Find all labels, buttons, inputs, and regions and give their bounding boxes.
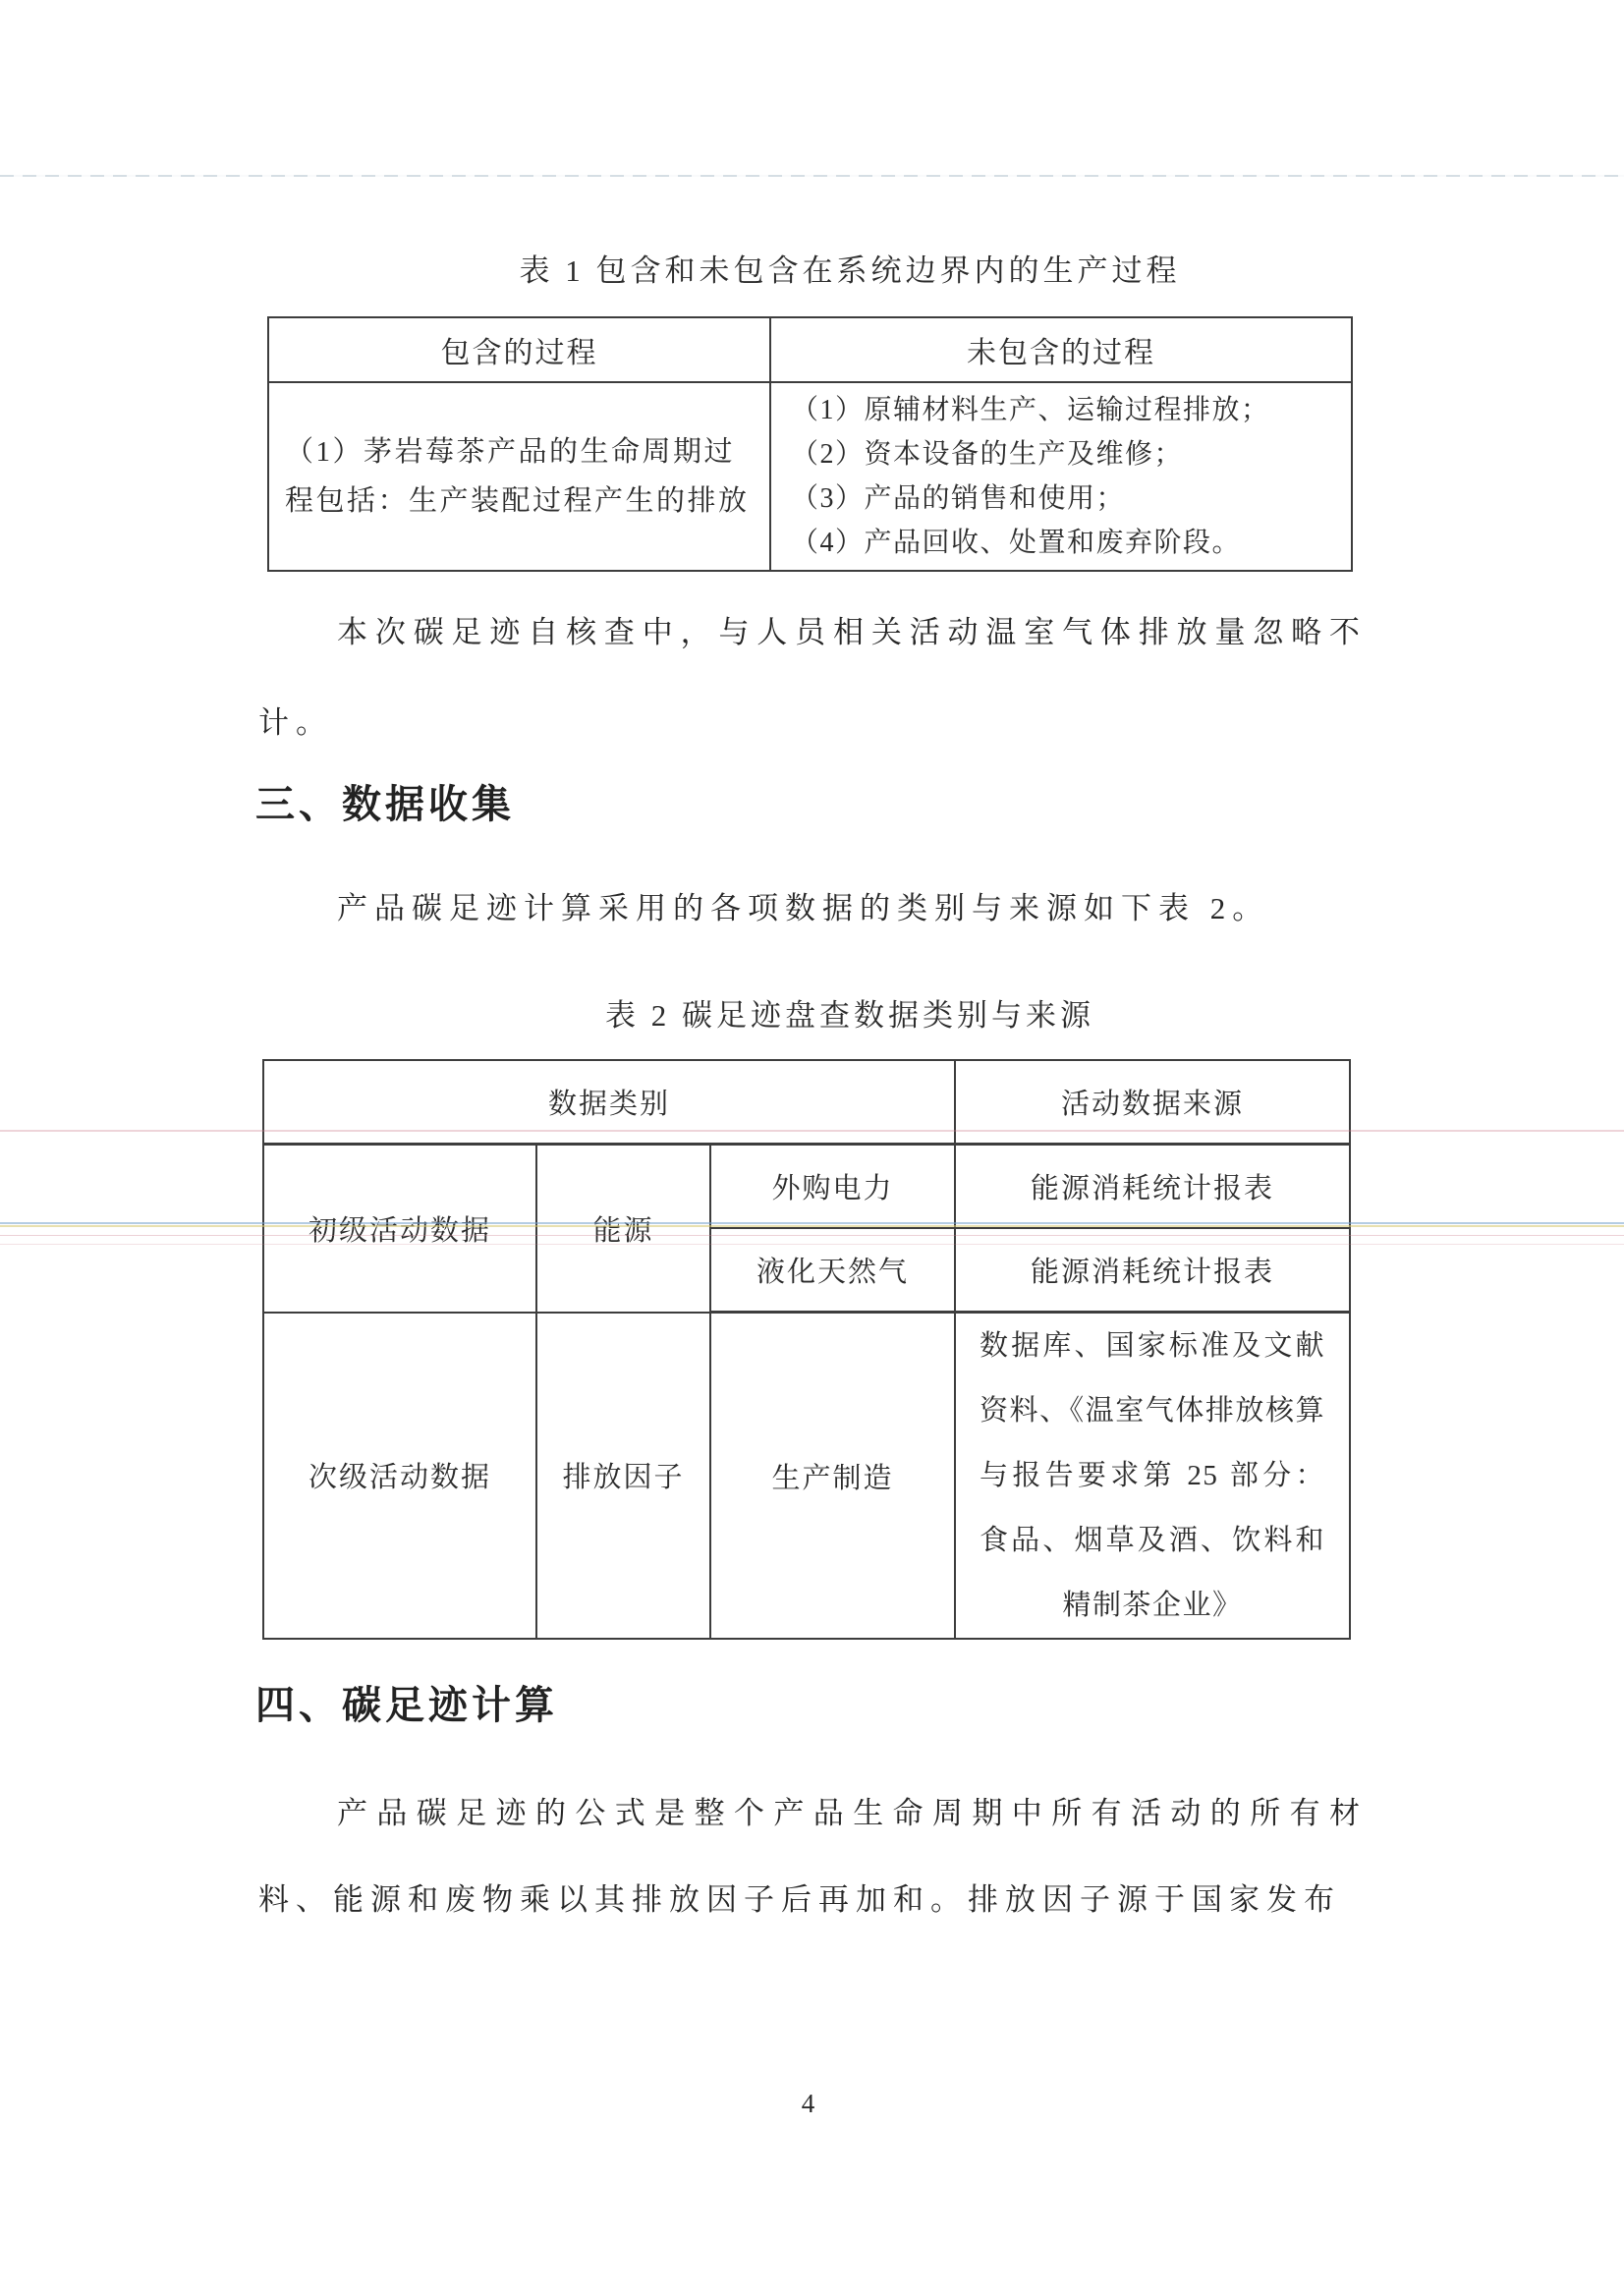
table2-cell-manufacturing: 生产制造 [710, 1313, 955, 1640]
scan-artifact-line-top [0, 175, 1624, 177]
table2-header-source: 活动数据来源 [955, 1060, 1350, 1145]
table1-cell-excluded: （1）原辅材料生产、运输过程排放； （2）资本设备的生产及维修； （3）产品的销… [770, 382, 1352, 571]
section3-intro-paragraph: 产品碳足迹计算采用的各项数据的类别与来源如下表 2。 [258, 864, 1367, 954]
table2-row-secondary: 次级活动数据 排放因子 生产制造 数据库、国家标准及文献资料、《温室气体排放核算… [263, 1313, 1350, 1640]
table2-cell-lng-source: 能源消耗统计报表 [955, 1228, 1350, 1313]
table2-cell-secondary-data: 次级活动数据 [263, 1313, 536, 1640]
table2-header-row: 数据类别 活动数据来源 [263, 1060, 1350, 1145]
table2-row-electricity: 初级活动数据 能源 外购电力 能源消耗统计报表 [263, 1145, 1350, 1229]
section4-heading: 四、碳足迹计算 [255, 1682, 558, 1729]
page-number: 4 [0, 2089, 1616, 2119]
table2-cell-emission-factor: 排放因子 [536, 1313, 710, 1640]
table1-header-excluded: 未包含的过程 [770, 317, 1352, 382]
table1-header-included: 包含的过程 [268, 317, 770, 382]
document-page: 表 1 包含和未包含在系统边界内的生产过程 包含的过程 未包含的过程 （1）茅岩… [0, 0, 1624, 2295]
table2: 数据类别 活动数据来源 初级活动数据 能源 外购电力 能源消耗统计报表 液化天然… [262, 1059, 1351, 1640]
section3-heading: 三、数据收集 [255, 781, 515, 828]
table2-cell-electricity: 外购电力 [710, 1145, 955, 1229]
table2-cell-secondary-source: 数据库、国家标准及文献资料、《温室气体排放核算与报告要求第 25 部分：食品、烟… [955, 1313, 1350, 1640]
table2-header-category: 数据类别 [263, 1060, 955, 1145]
table1-body-row: （1）茅岩莓茶产品的生命周期过程包括：生产装配过程产生的排放 （1）原辅材料生产… [268, 382, 1352, 571]
table2-caption: 表 2 碳足迹盘查数据类别与来源 [334, 993, 1366, 1038]
section4-body-paragraph: 产品碳足迹的公式是整个产品生命周期中所有活动的所有材料、能源和废物乘以其排放因子… [258, 1770, 1367, 1943]
table2-cell-lng: 液化天然气 [710, 1228, 955, 1313]
table1: 包含的过程 未包含的过程 （1）茅岩莓茶产品的生命周期过程包括：生产装配过程产生… [267, 316, 1353, 572]
table2-cell-primary-data: 初级活动数据 [263, 1145, 536, 1313]
note-paragraph: 本次碳足迹自核查中，与人员相关活动温室气体排放量忽略不计。 [258, 588, 1367, 768]
table1-cell-included: （1）茅岩莓茶产品的生命周期过程包括：生产装配过程产生的排放 [268, 382, 770, 571]
table2-cell-energy: 能源 [536, 1145, 710, 1313]
table1-caption: 表 1 包含和未包含在系统边界内的生产过程 [334, 249, 1366, 294]
table2-cell-electricity-source: 能源消耗统计报表 [955, 1145, 1350, 1229]
table1-header-row: 包含的过程 未包含的过程 [268, 317, 1352, 382]
